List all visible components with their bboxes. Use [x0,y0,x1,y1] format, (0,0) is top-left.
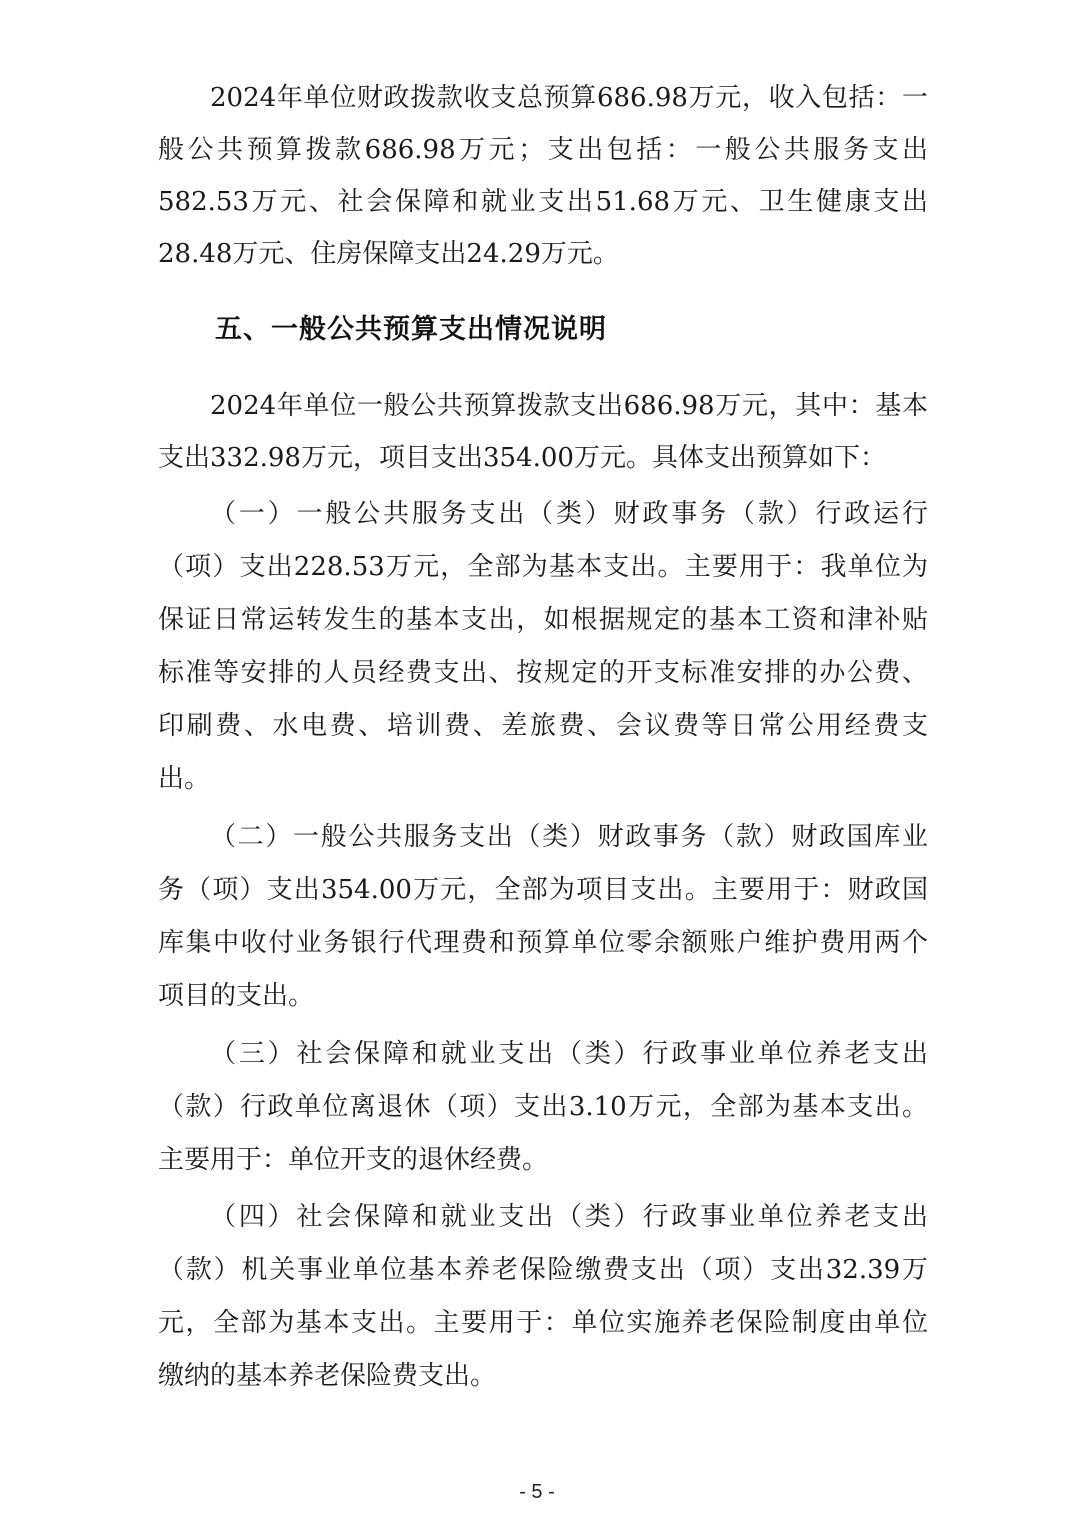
text-line: 务（项）支出354.00万元，全部为项目支出。主要用于：财政国 [158,870,928,910]
text-line: 582.53万元、社会保障和就业支出51.68万元、卫生健康支出 [158,182,928,222]
text-line: （款）行政单位离退休（项）支出3.10万元，全部为基本支出。 [158,1087,928,1127]
text-line: 般公共预算拨款686.98万元；支出包括：一般公共服务支出 [158,130,928,170]
text-line: 项目的支出。 [158,976,928,1016]
text-line: 主要用于：单位开支的退休经费。 [158,1140,928,1180]
text-line: 2024年单位财政拨款收支总预算686.98万元，收入包括：一 [210,78,928,118]
text-line: 出。 [158,759,928,799]
text-line: 库集中收付业务银行代理费和预算单位零余额账户维护费用两个 [158,923,928,963]
section-heading: 五、一般公共预算支出情况说明 [215,310,607,350]
text-line: （项）支出228.53万元，全部为基本支出。主要用于：我单位为 [158,547,928,587]
text-line: 保证日常运转发生的基本支出，如根据规定的基本工资和津补贴 [158,600,928,640]
text-line: 支出332.98万元，项目支出354.00万元。具体支出预算如下： [158,438,928,478]
text-line: 2024年单位一般公共预算拨款支出686.98万元，其中：基本 [210,386,928,426]
text-line: （款）机关事业单位基本养老保险缴费支出（项）支出32.39万 [158,1250,928,1290]
text-line: 元，全部为基本支出。主要用于：单位实施养老保险制度由单位 [158,1303,928,1343]
text-line: （二）一般公共服务支出（类）财政事务（款）财政国库业 [210,817,928,857]
text-line: （一）一般公共服务支出（类）财政事务（款）行政运行 [210,494,928,534]
page-number: - 5 - [0,1478,1074,1506]
text-line: 标准等安排的人员经费支出、按规定的开支标准安排的办公费、 [158,653,928,693]
text-line: 印刷费、水电费、培训费、差旅费、会议费等日常公用经费支 [158,706,928,746]
document-page: 2024年单位财政拨款收支总预算686.98万元，收入包括：一 般公共预算拨款6… [0,0,1074,1520]
text-line: 28.48万元、住房保障支出24.29万元。 [158,234,928,274]
text-line: （四）社会保障和就业支出（类）行政事业单位养老支出 [210,1197,928,1237]
text-line: 缴纳的基本养老保险费支出。 [158,1356,928,1396]
text-line: （三）社会保障和就业支出（类）行政事业单位养老支出 [210,1034,928,1074]
